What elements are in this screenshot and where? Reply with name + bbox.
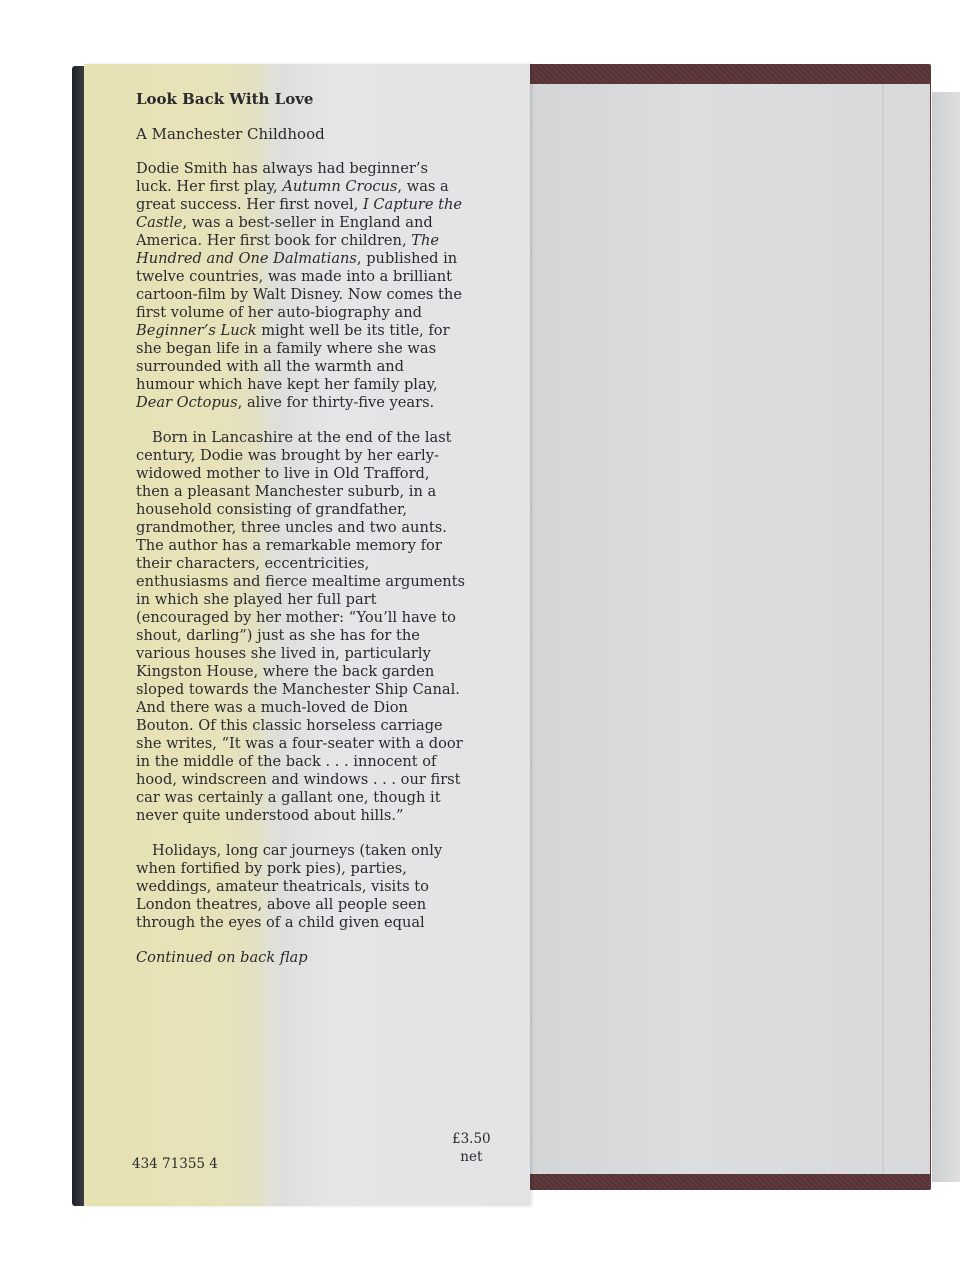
italic-title: Dear Octopus xyxy=(136,394,238,411)
italic-title: Autumn Crocus xyxy=(282,178,397,195)
jacket-spine-edge xyxy=(72,66,84,1206)
blurb-paragraph-1: Dodie Smith has always had beginner’s lu… xyxy=(136,160,466,412)
dust-jacket-front-flap: Look Back With Love A Manchester Childho… xyxy=(84,64,530,1206)
blurb-paragraph-2: Born in Lancashire at the end of the las… xyxy=(136,429,466,825)
endpaper-crease xyxy=(882,84,884,1174)
blurb-paragraph-3: Holidays, long car journeys (taken only … xyxy=(136,842,466,932)
price-block: £3.50 net xyxy=(452,1130,491,1166)
price: £3.50 xyxy=(452,1130,491,1148)
flap-blurb: Look Back With Love A Manchester Childho… xyxy=(136,90,466,982)
italic-title: Beginner’s Luck xyxy=(136,322,257,339)
front-endpaper xyxy=(530,84,930,1174)
isbn: 434 71355 4 xyxy=(132,1156,218,1172)
book-title: Look Back With Love xyxy=(136,90,466,108)
endpaper-free-leaf-edge xyxy=(932,92,960,1182)
blurb-paragraph-2-text: Born in Lancashire at the end of the las… xyxy=(136,429,465,824)
continued-note: Continued on back flap xyxy=(136,949,466,967)
book-subtitle: A Manchester Childhood xyxy=(136,125,466,143)
blurb-paragraph-3-text: Holidays, long car journeys (taken only … xyxy=(136,842,442,931)
price-note: net xyxy=(452,1148,491,1166)
italic-title: The Hundred and One Dalmatians xyxy=(136,232,439,267)
italic-title: I Capture the Castle xyxy=(136,196,462,231)
